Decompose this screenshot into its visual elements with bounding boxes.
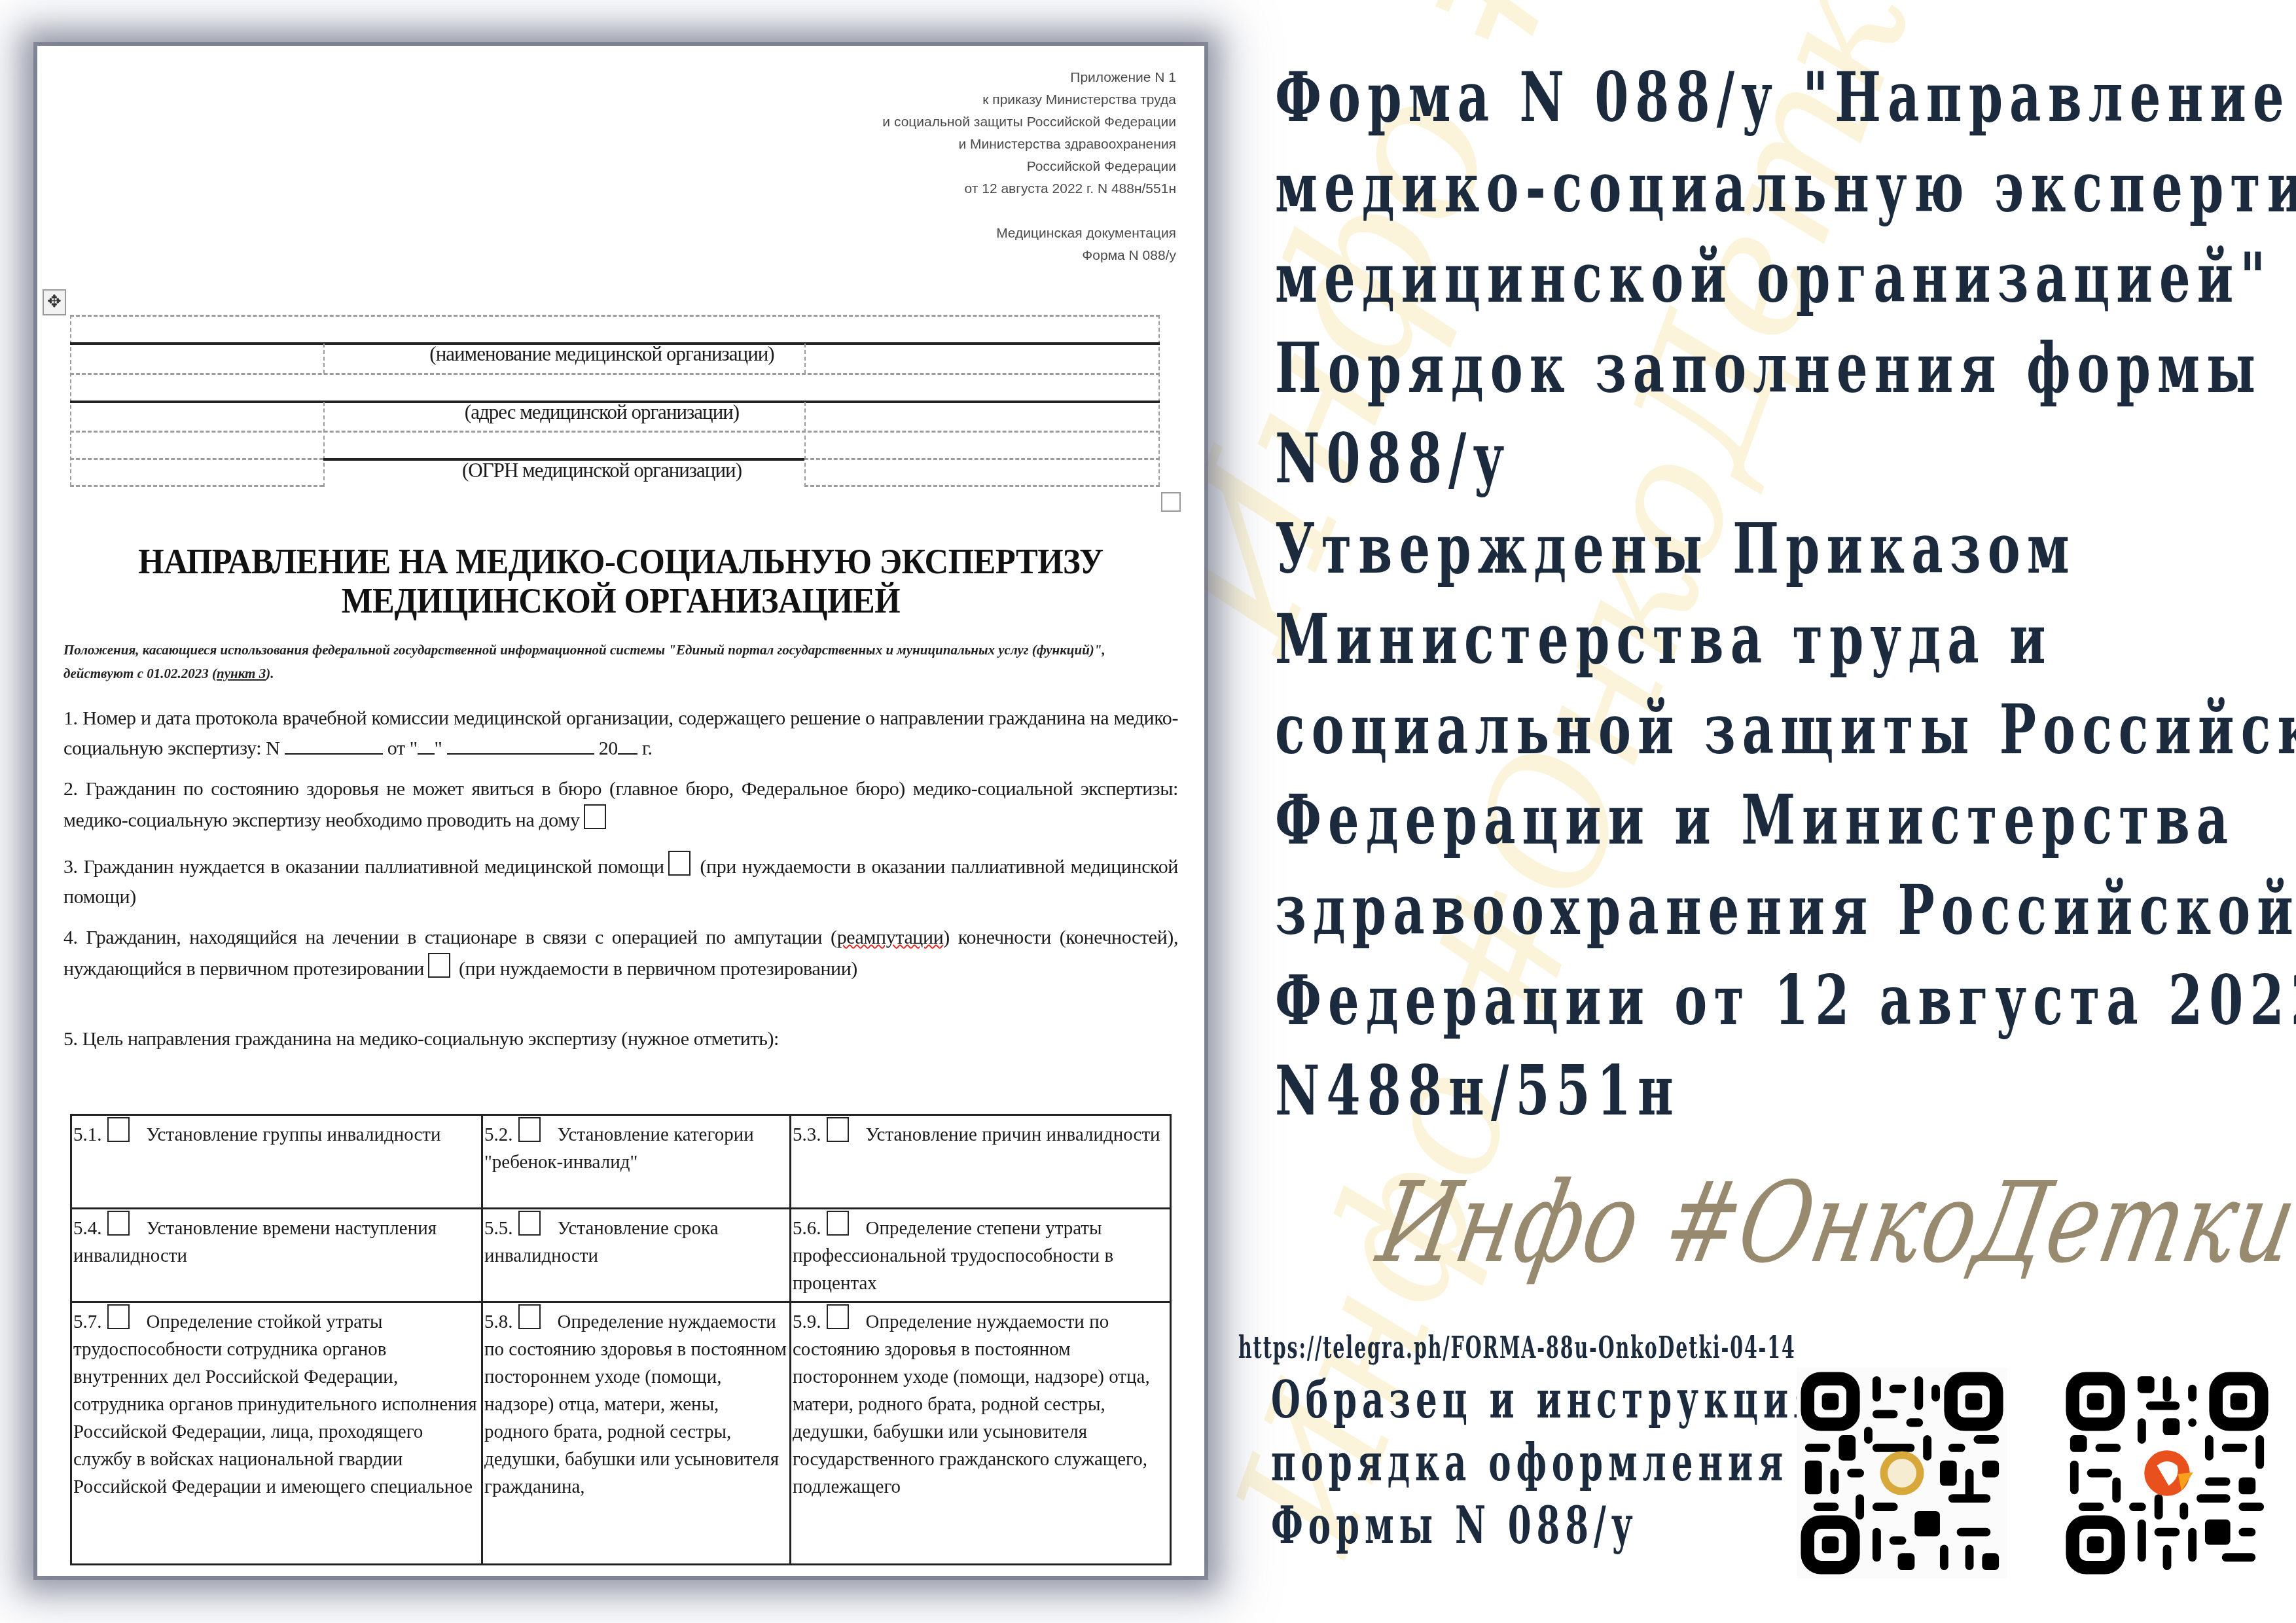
- purpose-cell: 5.1.Установление группы инвалидности: [71, 1115, 482, 1209]
- item-5-purpose: 5. Цель направления гражданина на медико…: [63, 1024, 1178, 1054]
- item-4-tail: (при нуждаемости в первичном протезирова…: [459, 958, 857, 980]
- headline-line: Форма N 088/у "Направление на: [1275, 52, 2001, 143]
- org-ogrn-caption: (ОГРН медицинской организации): [361, 459, 842, 482]
- purpose-checkbox[interactable]: [107, 1117, 130, 1142]
- headline-line: Министерства труда и: [1275, 594, 2001, 685]
- item-1-g: г.: [642, 738, 653, 759]
- purpose-num: 5.8.: [484, 1311, 513, 1332]
- protocol-day-field[interactable]: [418, 736, 435, 755]
- subtitle: Образец и инструкция порядка оформления …: [1271, 1369, 1823, 1558]
- headline-line: социальной защиты Российской: [1275, 685, 2001, 775]
- purpose-cell: 5.2.Установление категории "ребенок-инва…: [482, 1115, 791, 1209]
- qr-code-channel[interactable]: [1797, 1368, 2007, 1578]
- appendix-header: Приложение N 1 к приказу Министерства тр…: [882, 67, 1176, 267]
- doc-type-line: Медицинская документация: [882, 223, 1176, 245]
- appendix-line: и Министерства здравоохранения: [882, 134, 1176, 156]
- purpose-checkbox[interactable]: [827, 1211, 849, 1236]
- org-address-caption: (адрес медицинской организации): [361, 401, 842, 424]
- spellcheck-word[interactable]: реампутации: [837, 927, 944, 948]
- organization-fields-table: (наименование медицинской организации) (…: [70, 315, 1160, 486]
- purpose-label: Определение нуждаемости по состоянию здо…: [484, 1311, 787, 1497]
- legal-note: Положения, касающиеся использования феде…: [63, 638, 1178, 685]
- headline-line: N488н/551н: [1275, 1046, 2001, 1136]
- purpose-label: Определение нуждаемости по состоянию здо…: [793, 1311, 1150, 1497]
- palliative-checkbox[interactable]: [668, 851, 691, 876]
- item-1-from: от ": [387, 738, 418, 759]
- prosthetics-checkbox[interactable]: [428, 953, 450, 978]
- purpose-cell: 5.3.Установление причин инвалидности: [791, 1115, 1171, 1209]
- purpose-checkbox[interactable]: [827, 1304, 849, 1329]
- purpose-label: Установление группы инвалидности: [147, 1124, 441, 1145]
- purpose-num: 5.2.: [484, 1124, 513, 1145]
- protocol-number-field[interactable]: [285, 736, 383, 755]
- item-1-quote: ": [435, 738, 442, 759]
- purpose-cell: 5.7.Определение стойкой утраты трудоспос…: [71, 1302, 482, 1565]
- purpose-cell: 5.8.Определение нуждаемости по состоянию…: [482, 1302, 791, 1565]
- purpose-table: 5.1.Установление группы инвалидности 5.2…: [70, 1114, 1172, 1565]
- item-4-text: 4. Гражданин, находящийся на лечении в с…: [63, 927, 837, 948]
- appendix-line: от 12 августа 2022 г. N 488н/551н: [882, 178, 1176, 200]
- brand-signature: Инфо #ОнкоДетки: [1369, 1158, 2296, 1288]
- document-title: НАПРАВЛЕНИЕ НА МЕДИКО-СОЦИАЛЬНУЮ ЭКСПЕРТ…: [84, 542, 1157, 620]
- item-1-protocol: 1. Номер и дата протокола врачебной коми…: [63, 704, 1178, 764]
- item-1-year: 20: [599, 738, 618, 759]
- purpose-checkbox[interactable]: [518, 1117, 541, 1142]
- purpose-checkbox[interactable]: [107, 1211, 130, 1236]
- purpose-num: 5.3.: [793, 1124, 821, 1145]
- purpose-num: 5.4.: [73, 1218, 102, 1239]
- appendix-line: Российской Федерации: [882, 156, 1176, 178]
- appendix-line: к приказу Министерства труда: [882, 89, 1176, 111]
- protocol-month-field[interactable]: [447, 736, 594, 755]
- headline-line: Утверждены Приказом: [1275, 504, 2001, 594]
- qr-code-app[interactable]: [2062, 1368, 2272, 1578]
- telegraph-link[interactable]: https://telegra.ph/FORMA-88u-OnkoDetki-0…: [1238, 1330, 1796, 1365]
- headline-line: N088/у: [1275, 414, 2001, 504]
- purpose-num: 5.6.: [793, 1218, 821, 1239]
- org-name-caption: (наименование медицинской организации): [361, 342, 842, 366]
- purpose-num: 5.1.: [73, 1124, 102, 1145]
- subtitle-line: порядка оформления: [1271, 1432, 1823, 1495]
- purpose-num: 5.9.: [793, 1311, 821, 1332]
- purpose-label: Установление причин инвалидности: [866, 1124, 1160, 1145]
- purpose-num: 5.7.: [73, 1311, 102, 1332]
- document-page: Приложение N 1 к приказу Министерства тр…: [37, 46, 1204, 1576]
- headline-line: Порядок заполнения формы: [1275, 323, 2001, 414]
- headline-line: здравоохранения Российской: [1275, 865, 2001, 955]
- purpose-checkbox[interactable]: [827, 1117, 849, 1142]
- purpose-cell: 5.6.Определение степени утраты профессио…: [791, 1209, 1171, 1302]
- qr-code-icon: [2062, 1368, 2272, 1578]
- item-2-home-exam: 2. Гражданин по состоянию здоровья не мо…: [63, 774, 1178, 836]
- title-line: НАПРАВЛЕНИЕ НА МЕДИКО-СОЦИАЛЬНУЮ ЭКСПЕРТ…: [84, 542, 1157, 581]
- table-resize-handle[interactable]: [1161, 492, 1181, 512]
- note-link[interactable]: пункт 3: [217, 666, 266, 681]
- title-line: МЕДИЦИНСКОЙ ОРГАНИЗАЦИЕЙ: [84, 581, 1157, 620]
- headline-line: медицинской организацией" и: [1275, 233, 2001, 323]
- purpose-cell: 5.5.Установление срока инвалидности: [482, 1209, 791, 1302]
- headline: Форма N 088/у "Направление на медико-соц…: [1275, 52, 2001, 1136]
- protocol-year-field[interactable]: [618, 736, 637, 755]
- item-3-text: 3. Гражданин нуждается в оказании паллиа…: [63, 856, 664, 878]
- appendix-line: и социальной защиты Российской Федерации: [882, 111, 1176, 134]
- purpose-label: Определение стойкой утраты трудоспособно…: [73, 1311, 477, 1497]
- purpose-checkbox[interactable]: [107, 1304, 130, 1329]
- purpose-checkbox[interactable]: [518, 1304, 541, 1329]
- purpose-cell: 5.4.Установление времени наступления инв…: [71, 1209, 482, 1302]
- item-4-prosthetics: 4. Гражданин, находящийся на лечении в с…: [63, 923, 1178, 984]
- subtitle-line: Формы N 088/у: [1271, 1495, 1823, 1558]
- item-3-palliative: 3. Гражданин нуждается в оказании паллиа…: [63, 851, 1178, 912]
- headline-line: медико-социальную экспертизу: [1275, 143, 2001, 233]
- appendix-line: Приложение N 1: [882, 67, 1176, 89]
- purpose-cell: 5.9.Определение нуждаемости по состоянию…: [791, 1302, 1171, 1565]
- note-end: ).: [266, 666, 274, 681]
- item-2-text: 2. Гражданин по состоянию здоровья не мо…: [63, 778, 1178, 831]
- purpose-num: 5.5.: [484, 1218, 513, 1239]
- purpose-checkbox[interactable]: [518, 1211, 541, 1236]
- headline-line: Федерации и Министерства: [1275, 775, 2001, 865]
- doc-type-line: Форма N 088/у: [882, 245, 1176, 267]
- move-arrows-icon[interactable]: ✥: [43, 289, 66, 315]
- home-exam-checkbox[interactable]: [584, 804, 606, 829]
- qr-code-icon: [1797, 1368, 2007, 1578]
- subtitle-line: Образец и инструкция: [1271, 1369, 1823, 1432]
- headline-line: Федерации от 12 августа 2022г.: [1275, 955, 2001, 1046]
